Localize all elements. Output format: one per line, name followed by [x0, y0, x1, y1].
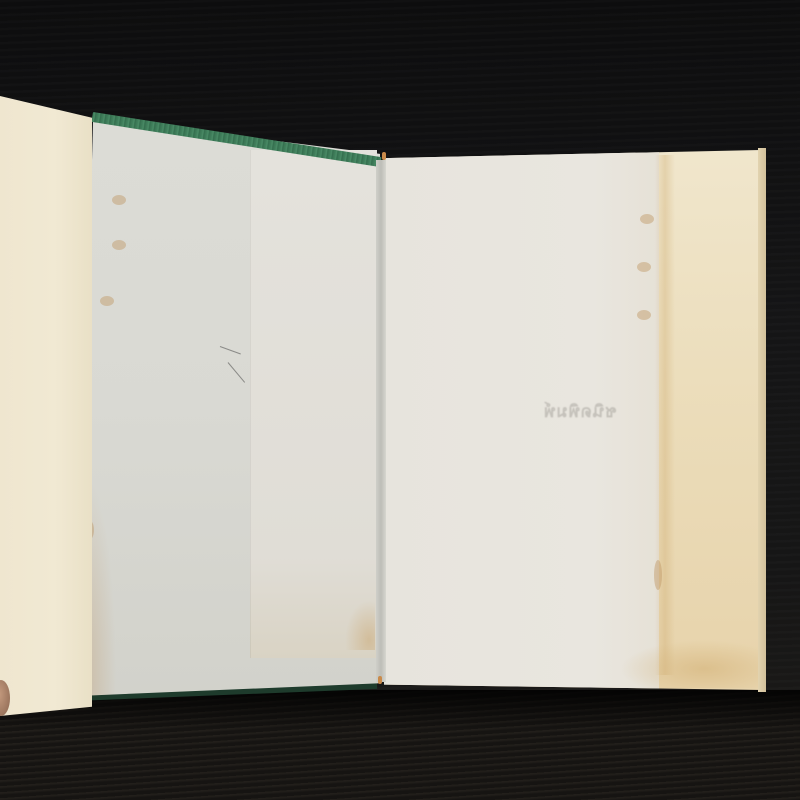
book-gutter	[376, 160, 386, 682]
water-stain	[112, 195, 126, 205]
water-stain	[345, 600, 375, 650]
water-stain	[100, 296, 114, 306]
water-stain-edge	[655, 155, 675, 675]
water-stain	[112, 240, 126, 250]
left-flyleaf-page[interactable]	[0, 96, 92, 716]
water-stain	[637, 262, 651, 272]
binding-thread	[382, 152, 386, 160]
water-stain	[640, 214, 654, 224]
pastedown-panel	[250, 150, 377, 658]
water-stain	[620, 640, 760, 688]
photo-scene: ชนิดพิมพ์	[0, 0, 800, 800]
binding-thread	[378, 676, 382, 684]
page-stack-edge	[758, 148, 766, 692]
showthrough-text: ชนิดพิมพ์	[520, 398, 640, 425]
water-stain	[654, 560, 662, 590]
water-stain	[637, 310, 651, 320]
